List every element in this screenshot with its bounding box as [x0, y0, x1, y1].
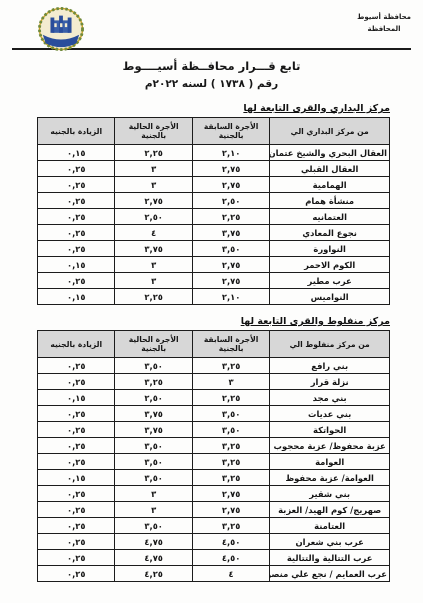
org-department: المحافظة: [357, 24, 411, 36]
fare-value-cell: ٣,٥٠: [192, 422, 269, 438]
fare-value-cell: ٠,١٥: [38, 257, 115, 273]
decree-title: تابع قـــرار محافــظة أسيــــوط رقم ( ١٧…: [0, 59, 423, 90]
fare-value-cell: ٣,٥٠: [115, 438, 192, 454]
manfalut-table-section: مركز منفلوط والقرى التابعة لها من مركز م…: [37, 316, 390, 582]
fare-value-cell: ٤,٢٥: [115, 566, 192, 582]
fare-value-cell: ٠,٢٥: [38, 534, 115, 550]
fare-table: من مركز البداري اليالأجرة السابقة بالجني…: [37, 117, 390, 305]
village-name-cell: نزلة قرار: [270, 374, 390, 390]
decree-title-line1: تابع قـــرار محافــظة أسيــــوط: [0, 59, 423, 73]
badari-table-section: مركز البداري والقرى التابعة لها من مركز …: [37, 103, 390, 305]
table-row: بني عديات٣,٥٠٣,٧٥٠,٢٥: [38, 406, 390, 422]
fare-value-cell: ٢,٢٥: [192, 390, 269, 406]
fare-value-cell: ٣: [115, 257, 192, 273]
fare-value-cell: ٠,١٥: [38, 145, 115, 161]
assiut-governorate-emblem-icon: [38, 7, 84, 55]
village-name-cell: بني رافع: [270, 358, 390, 374]
fare-value-cell: ٠,٢٥: [38, 273, 115, 289]
fare-value-cell: ٠,٢٥: [38, 225, 115, 241]
village-name-cell: العقال البحري والشيخ عتمان: [270, 145, 390, 161]
table-row: عرب التتالية والتتالية٤,٥٠٤,٧٥٠,٢٥: [38, 550, 390, 566]
fare-value-cell: ٢,٥٠: [192, 193, 269, 209]
org-text-block: محافظة أسيوط المحافظة: [357, 12, 411, 36]
village-name-cell: بني شقير: [270, 486, 390, 502]
fare-value-cell: ٠,١٥: [38, 470, 115, 486]
fare-value-cell: ٤,٧٥: [115, 534, 192, 550]
village-name-cell: العتمانيه: [270, 209, 390, 225]
fare-value-cell: ٢,٢٥: [115, 289, 192, 305]
fare-value-cell: ٣,٥٠: [115, 470, 192, 486]
fare-value-cell: ٢,٧٥: [192, 177, 269, 193]
village-name-cell: العوامة/ عزبة محفوظ: [270, 470, 390, 486]
fare-value-cell: ٢,٧٥: [192, 486, 269, 502]
village-name-cell: العقال القبلي: [270, 161, 390, 177]
village-name-cell: العتامنة: [270, 518, 390, 534]
table-row: الحواتكة٣,٥٠٣,٧٥٠,٢٥: [38, 422, 390, 438]
fare-table: من مركز منفلوط اليالأجرة السابقة بالجنية…: [37, 330, 390, 582]
fare-value-cell: ٢,٧٥: [192, 257, 269, 273]
table-row: الهمامية٢,٧٥٣٠,٢٥: [38, 177, 390, 193]
fare-value-cell: ٠,٢٥: [38, 177, 115, 193]
table-row: صهريج/ كوم الهيد/ العزبة٢,٧٥٣٠,٢٥: [38, 502, 390, 518]
fare-value-cell: ٠,٢٥: [38, 422, 115, 438]
fare-value-cell: ٣,٧٥: [192, 225, 269, 241]
fare-value-cell: ٤: [115, 225, 192, 241]
fare-column-header: الزيادة بالجنيه: [38, 331, 115, 358]
destination-column-header: من مركز البداري الي: [270, 118, 390, 145]
fare-value-cell: ٢,٥٠: [115, 390, 192, 406]
fare-value-cell: ٣,٢٥: [192, 438, 269, 454]
fare-value-cell: ٣,٥٠: [115, 518, 192, 534]
manfalut-table-title: مركز منفلوط والقرى التابعة لها: [37, 316, 390, 327]
table-row: عرب العمايم / نجع علي منصور٤٤,٢٥٠,٢٥: [38, 566, 390, 582]
village-name-cell: صهريج/ كوم الهيد/ العزبة: [270, 502, 390, 518]
fare-value-cell: ٠,٢٥: [38, 518, 115, 534]
destination-column-header: من مركز منفلوط الي: [270, 331, 390, 358]
fare-value-cell: ٣: [115, 161, 192, 177]
document-page: محافظة أسيوط المحافظة تابع قـــرار محافـ…: [0, 0, 423, 603]
village-name-cell: بني عديات: [270, 406, 390, 422]
fare-value-cell: ٣: [115, 177, 192, 193]
table-row: عرب مطير٢,٧٥٣٠,٢٥: [38, 273, 390, 289]
village-name-cell: العوامة: [270, 454, 390, 470]
fare-value-cell: ٢,١٠: [192, 289, 269, 305]
fare-value-cell: ٣,٧٥: [115, 422, 192, 438]
fare-value-cell: ٣,٧٥: [115, 406, 192, 422]
table-row: عزبة محفوظ/ عزبة محجوب٣,٢٥٣,٥٠٠,٢٥: [38, 438, 390, 454]
fare-value-cell: ٠,١٥: [38, 390, 115, 406]
fare-value-cell: ٣,٢٥: [115, 374, 192, 390]
table-row: بني رافع٣,٢٥٣,٥٠٠,٢٥: [38, 358, 390, 374]
fare-value-cell: ٠,٢٥: [38, 486, 115, 502]
fare-value-cell: ٣,٢٥: [192, 518, 269, 534]
table-row: العوامة٣,٢٥٣,٥٠٠,٢٥: [38, 454, 390, 470]
fare-value-cell: ٢,٧٥: [192, 161, 269, 177]
decree-number-line: رقم ( ١٧٣٨ ) لسنه ٢٠٢٢م: [0, 78, 423, 90]
fare-value-cell: ٢,٧٥: [192, 273, 269, 289]
table-row: الكوم الاحمر٢,٧٥٣٠,١٥: [38, 257, 390, 273]
fare-value-cell: ٤: [192, 566, 269, 582]
village-name-cell: عزبة محفوظ/ عزبة محجوب: [270, 438, 390, 454]
fare-value-cell: ٤,٥٠: [192, 550, 269, 566]
document-header: محافظة أسيوط المحافظة: [0, 0, 423, 48]
fare-value-cell: ٣: [115, 502, 192, 518]
fare-value-cell: ٢,١٠: [192, 145, 269, 161]
table-row: العوامة/ عزبة محفوظ٣,٢٥٣,٥٠٠,١٥: [38, 470, 390, 486]
fare-column-header: الزيادة بالجنيه: [38, 118, 115, 145]
fare-value-cell: ٢,٧٥: [192, 502, 269, 518]
badari-table-title: مركز البداري والقرى التابعة لها: [37, 103, 390, 114]
fare-value-cell: ٢,٥٠: [115, 209, 192, 225]
village-name-cell: النواورة: [270, 241, 390, 257]
fare-value-cell: ٠,٢٥: [38, 502, 115, 518]
village-name-cell: بني مجد: [270, 390, 390, 406]
fare-value-cell: ٢,٧٥: [115, 193, 192, 209]
village-name-cell: الكوم الاحمر: [270, 257, 390, 273]
fare-value-cell: ٠,٢٥: [38, 454, 115, 470]
table-row: عرب بني شعران٤,٥٠٤,٧٥٠,٢٥: [38, 534, 390, 550]
table-row: العقال البحري والشيخ عتمان٢,١٠٢,٢٥٠,١٥: [38, 145, 390, 161]
fare-value-cell: ٠,٢٥: [38, 193, 115, 209]
fare-value-cell: ٣: [115, 486, 192, 502]
village-name-cell: عرب التتالية والتتالية: [270, 550, 390, 566]
fare-value-cell: ٠,٢٥: [38, 406, 115, 422]
fare-value-cell: ٠,٢٥: [38, 161, 115, 177]
fare-value-cell: ٣,٧٥: [115, 241, 192, 257]
fare-column-header: الأجرة الحالية بالجنية: [115, 331, 192, 358]
fare-value-cell: ٠,٢٥: [38, 374, 115, 390]
table-row: العتامنة٣,٢٥٣,٥٠٠,٢٥: [38, 518, 390, 534]
table-header-row: من مركز البداري اليالأجرة السابقة بالجني…: [38, 118, 390, 145]
fare-value-cell: ٣,٥٠: [192, 406, 269, 422]
village-name-cell: منشأة همام: [270, 193, 390, 209]
fare-value-cell: ٣: [115, 273, 192, 289]
fare-value-cell: ٣,٥٠: [115, 358, 192, 374]
fare-value-cell: ٠,٢٥: [38, 566, 115, 582]
fare-value-cell: ٤,٧٥: [115, 550, 192, 566]
table-row: العتمانيه٢,٢٥٢,٥٠٠,٢٥: [38, 209, 390, 225]
village-name-cell: الهمامية: [270, 177, 390, 193]
fare-value-cell: ٤,٥٠: [192, 534, 269, 550]
table-row: النواورة٣,٥٠٣,٧٥٠,٢٥: [38, 241, 390, 257]
fare-value-cell: ٠,١٥: [38, 289, 115, 305]
fare-value-cell: ٢,٢٥: [115, 145, 192, 161]
fare-value-cell: ٣,٢٥: [192, 454, 269, 470]
fare-column-header: الأجرة الحالية بالجنية: [115, 118, 192, 145]
fare-value-cell: ٣,٢٥: [192, 358, 269, 374]
fare-value-cell: ٠,٢٥: [38, 550, 115, 566]
table-row: نجوع المعادي٣,٧٥٤٠,٢٥: [38, 225, 390, 241]
fare-value-cell: ٠,٢٥: [38, 438, 115, 454]
table-row: العقال القبلي٢,٧٥٣٠,٢٥: [38, 161, 390, 177]
table-row: بني مجد٢,٢٥٢,٥٠٠,١٥: [38, 390, 390, 406]
table-row: نزلة قرار٣٣,٢٥٠,٢٥: [38, 374, 390, 390]
fare-value-cell: ٣: [192, 374, 269, 390]
fare-column-header: الأجرة السابقة بالجنية: [192, 331, 269, 358]
fare-value-cell: ٠,٢٥: [38, 241, 115, 257]
fare-value-cell: ٠,٢٥: [38, 358, 115, 374]
fare-value-cell: ٠,٢٥: [38, 209, 115, 225]
village-name-cell: عرب العمايم / نجع علي منصور: [270, 566, 390, 582]
org-name: محافظة أسيوط: [357, 12, 411, 24]
table-row: النواميس٢,١٠٢,٢٥٠,١٥: [38, 289, 390, 305]
table-row: بني شقير٢,٧٥٣٠,٢٥: [38, 486, 390, 502]
fare-column-header: الأجرة السابقة بالجنية: [192, 118, 269, 145]
village-name-cell: نجوع المعادي: [270, 225, 390, 241]
fare-value-cell: ٢,٢٥: [192, 209, 269, 225]
table-row: منشأة همام٢,٥٠٢,٧٥٠,٢٥: [38, 193, 390, 209]
fare-value-cell: ٣,٥٠: [192, 241, 269, 257]
fare-value-cell: ٣,٥٠: [115, 454, 192, 470]
table-header-row: من مركز منفلوط اليالأجرة السابقة بالجنية…: [38, 331, 390, 358]
fare-value-cell: ٣,٢٥: [192, 470, 269, 486]
village-name-cell: الحواتكة: [270, 422, 390, 438]
village-name-cell: عرب مطير: [270, 273, 390, 289]
village-name-cell: النواميس: [270, 289, 390, 305]
village-name-cell: عرب بني شعران: [270, 534, 390, 550]
